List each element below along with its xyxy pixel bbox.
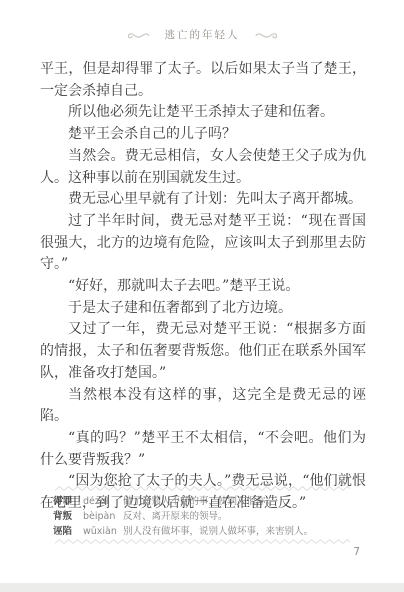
page-header: 逃亡的年轻人: [0, 27, 404, 42]
vocab-word: 背叛: [53, 509, 83, 524]
paragraph: 于是太子建和伍奢都到了北方边境。: [40, 298, 366, 320]
vocab-definition: 做了对别人不好的事，使别人恨你。: [123, 494, 374, 509]
vocab-pinyin: bèipàn: [83, 509, 123, 524]
story-text: 平王，但是却得罪了太子。以后如果太子当了楚王，一定会杀掉自己。所以他必须先让楚平…: [40, 59, 366, 515]
paragraph: 所以他必须先让楚平王杀掉太子建和伍奢。: [40, 102, 366, 124]
paragraph: “好好，那就叫太子去吧。”楚平王说。: [40, 276, 366, 298]
page-number: 7: [353, 546, 360, 558]
paragraph: 平王，但是却得罪了太子。以后如果太子当了楚王，一定会杀掉自己。: [40, 59, 366, 102]
chapter-title: 逃亡的年轻人: [165, 27, 240, 42]
paragraph: 过了半年时间，费无忌对楚平王说：“现在晋国很强大，北方的边境有危险，应该叫太子到…: [40, 211, 366, 276]
vocab-pinyin: wūxiàn: [83, 524, 123, 539]
vocab-row: 诬陷wūxiàn别人没有做坏事，说别人做坏事，来害别人。: [53, 524, 374, 539]
paragraph: 费无忌心里早就有了计划：先叫太子离开都城。: [40, 189, 366, 211]
paragraph: 又过了一年，费无忌对楚平王说：“根据多方面的情报，太子和伍奢要背叛您。他们正在联…: [40, 319, 366, 384]
paragraph: 当然会。费无忌相信，女人会使楚王父子成为仇人。这种事以前在别国就发生过。: [40, 146, 366, 189]
vocab-definition: 别人没有做坏事，说别人做坏事，来害别人。: [123, 524, 374, 539]
paragraph: “真的吗？”楚平王不太相信，“不会吧。他们为什么要背叛我？”: [40, 428, 366, 471]
header-ornament-right-icon: [255, 30, 279, 40]
page-edge: [0, 583, 404, 592]
vocab-row: 得罪dézuì做了对别人不好的事，使别人恨你。: [53, 494, 374, 509]
divider-bottom: [55, 538, 350, 545]
vocabulary-notes: 得罪dézuì做了对别人不好的事，使别人恨你。背叛bèipàn反对、离开原来的领…: [53, 494, 374, 539]
vocab-pinyin: dézuì: [83, 494, 123, 509]
vocab-word: 诬陷: [53, 524, 83, 539]
paragraph: 楚平王会杀自己的儿子吗？: [40, 124, 366, 146]
divider-top: [55, 485, 350, 492]
paragraph: 当然根本没有这样的事，这完全是费无忌的诬陷。: [40, 385, 366, 428]
book-page: 逃亡的年轻人 平王，但是却得罪了太子。以后如果太子当了楚王，一定会杀掉自己。所以…: [0, 0, 404, 592]
vocab-definition: 反对、离开原来的领导。: [123, 509, 374, 524]
header-ornament-left-icon: [126, 30, 150, 40]
vocab-row: 背叛bèipàn反对、离开原来的领导。: [53, 509, 374, 524]
vocab-word: 得罪: [53, 494, 83, 509]
